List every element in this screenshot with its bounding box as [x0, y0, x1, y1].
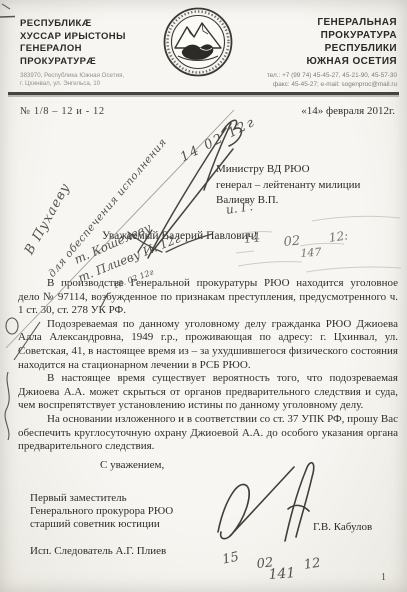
body-paragraph: На основании изложенного и в соответстви…	[18, 413, 398, 454]
handwritten-bottom-number: 12	[303, 556, 321, 573]
address-line: 383970, Республика Южная Осетия,	[20, 72, 124, 80]
handwritten-stamp-number: 147	[300, 246, 322, 260]
handwritten-bottom-number: 141	[268, 565, 296, 583]
scanned-letter-page: РЕСПУБЛИКÆ ХУССАР ИРЫСТОНЫ ГЕНЕРАЛОН ПРО…	[0, 0, 407, 592]
handwritten-stamp-number: 12:	[328, 228, 349, 245]
outgoing-reference-number: № 1/8 – 12 и - 12	[20, 106, 105, 117]
signer-name: Г.В. Кабулов	[313, 521, 372, 533]
org-name-line: ЮЖНАЯ ОСЕТИЯ	[307, 55, 397, 68]
contact-line: тел.: +7 (99 74) 45-45-27, 45-21-90, 45-…	[267, 71, 397, 80]
signer-title-line: Первый заместитель	[30, 492, 173, 505]
addressee-line: генерал – лейтенанту милиции	[216, 178, 360, 194]
signer-title-block: Первый заместитель Генерального прокурор…	[30, 492, 173, 532]
signer-title-line: старший советник юстиции	[30, 518, 173, 531]
letter-date: «14» февраля 2012г.	[301, 105, 395, 117]
org-name-line: ГЕНЕРАЛОН	[20, 43, 126, 56]
kabulov-signature	[218, 463, 314, 541]
body-paragraph: Подозреваемая по данному уголовному делу…	[18, 318, 398, 372]
closing-phrase: С уважением,	[100, 459, 164, 471]
org-name-line: ПРОКУРАТУРА	[307, 29, 397, 42]
org-name-russian: ГЕНЕРАЛЬНАЯ ПРОКУРАТУРА РЕСПУБЛИКИ ЮЖНАЯ…	[307, 16, 397, 68]
executor-line: Исп. Следователь А.Г. Плиев	[30, 545, 166, 557]
page-number: 1	[381, 572, 386, 583]
letterhead-divider-rule	[8, 92, 399, 95]
handwritten-stamp-number: 14	[243, 231, 261, 247]
org-name-line: РЕСПУБЛИКÆ	[20, 18, 126, 31]
sender-contact-info: тел.: +7 (99 74) 45-45-27, 45-21-90, 45-…	[267, 71, 397, 89]
address-line: г. Цхинвал, ул. Энгельса, 10	[20, 80, 124, 88]
org-name-line: ХУССАР ИРЫСТОНЫ	[20, 31, 126, 44]
org-name-line: ГЕНЕРАЛЬНАЯ	[307, 16, 397, 29]
handwritten-bottom-number: 15	[221, 550, 240, 568]
org-name-line: РЕСПУБЛИКИ	[307, 42, 397, 55]
contact-line: факс: 45-45-27; e-mail: sogenproc@mail.r…	[267, 80, 397, 89]
body-paragraph: В настоящее время существует вероятность…	[18, 372, 398, 413]
letter-body: В производстве Генеральной прокуратуры Р…	[18, 277, 398, 454]
sender-postal-address: 383970, Республика Южная Осетия, г. Цхин…	[20, 72, 124, 88]
org-name-ossetian: РЕСПУБЛИКÆ ХУССАР ИРЫСТОНЫ ГЕНЕРАЛОН ПРО…	[20, 18, 126, 68]
handwritten-date-note: 14 02 12г	[178, 115, 258, 166]
signer-title-line: Генерального прокурора РЮО	[30, 505, 173, 518]
handwritten-margin-note: В Пухаеву	[22, 181, 74, 258]
addressee-line: Министру ВД РЮО	[216, 162, 360, 178]
org-name-line: ПРОКУРАТУРÆ	[20, 56, 126, 69]
handwritten-initials: и. Г.	[225, 199, 254, 217]
body-paragraph: В производстве Генеральной прокуратуры Р…	[18, 277, 398, 318]
handwritten-stamp-number: 02	[283, 234, 301, 250]
south-ossetia-seal-icon	[162, 6, 234, 78]
